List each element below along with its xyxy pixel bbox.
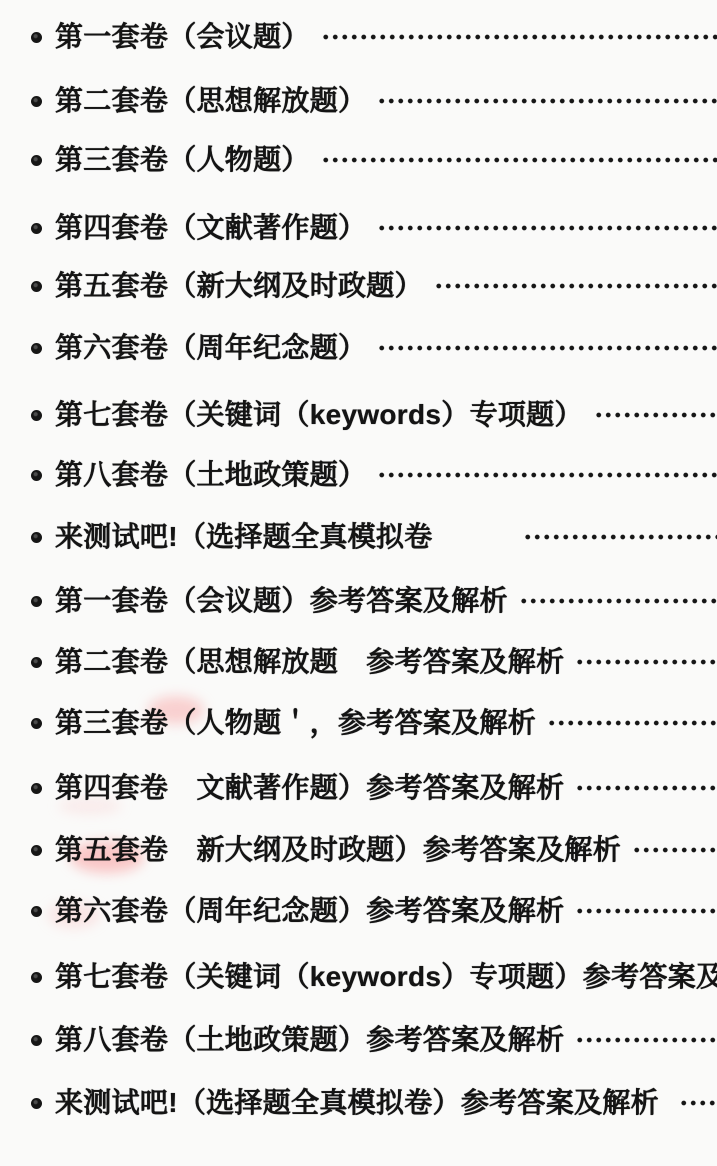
toc-entry-label: 来测试吧!（选择题全真模拟卷）参考答案及解析 [55,1089,659,1117]
dotted-leader [575,656,717,668]
dotted-leader [377,222,717,234]
toc-entry-label: 第六套卷（周年纪念题）参考答案及解析 [55,897,564,925]
toc-entry: 第四套卷（文献著作题） [0,197,717,259]
toc-entry-label: 第四套卷 文献著作题）参考答案及解析 [55,774,564,802]
bullet-dot-icon [31,972,42,983]
toc-entry-label: 第五套卷（新大纲及时政题） [55,272,423,300]
toc-entry-label: 第八套卷（土地政策题） [55,461,366,489]
bullet-dot-icon [31,657,42,668]
toc-entry: 第八套卷（土地政策题）参考答案及解析 [0,1009,717,1071]
bullet-dot-icon [31,470,42,481]
toc-entry: 第一套卷（会议题）参考答案及解析 [0,570,717,632]
bullet-dot-icon [31,845,42,856]
toc-entry: 来测试吧!（选择题全真模拟卷）参考答案及解析 [0,1072,717,1134]
dotted-leader [594,409,717,421]
bullet-dot-icon [31,906,42,917]
dotted-leader [321,154,717,166]
toc-entry-label: 第八套卷（土地政策题）参考答案及解析 [55,1026,564,1054]
dotted-leader [377,342,717,354]
dotted-leader [575,1034,717,1046]
toc-entry: 第五套卷 新大纲及时政题）参考答案及解析 [0,819,717,881]
bullet-dot-icon [31,410,42,421]
bullet-dot-icon [31,718,42,729]
toc-entry-label: 第二套卷（思想解放题） [55,87,366,115]
toc-entry: 第七套卷（关键词（keywords）专项题） [0,384,717,446]
toc-entry: 第六套卷（周年纪念题）参考答案及解析 [0,880,717,942]
dotted-leader [679,1097,717,1109]
toc-entry: 第七套卷（关键词（keywords）专项题）参考答案及解析 [0,946,717,1008]
dotted-leader [547,717,717,729]
toc-page: 第一套卷（会议题） 第二套卷（思想解放题） 第三套卷（人物题） 第四套卷（文献著… [0,0,717,1166]
toc-entry: 第四套卷 文献著作题）参考答案及解析 [0,757,717,819]
dotted-leader [575,905,717,917]
toc-entry-label: 第四套卷（文献著作题） [55,214,366,242]
toc-entry: 第六套卷（周年纪念题） [0,317,717,379]
bullet-dot-icon [31,281,42,292]
dotted-leader [377,469,717,481]
bullet-dot-icon [31,155,42,166]
toc-entry-label: 第一套卷（会议题）参考答案及解析 [55,587,508,615]
dotted-leader [575,782,717,794]
toc-entry: 第三套卷（人物题＇，参考答案及解析 [0,692,717,754]
dotted-leader [519,595,717,607]
toc-entry-label: 第一套卷（会议题） [55,23,310,51]
toc-entry: 第八套卷（土地政策题） [0,444,717,506]
dotted-leader [321,31,717,43]
toc-entry-label: 第三套卷（人物题） [55,146,310,174]
dotted-leader [377,95,717,107]
toc-entry-label: 第五套卷 新大纲及时政题）参考答案及解析 [55,836,621,864]
toc-entry: 第二套卷（思想解放题 参考答案及解析 [0,631,717,693]
dotted-leader [523,531,717,543]
bullet-dot-icon [31,223,42,234]
bullet-dot-icon [31,1098,42,1109]
toc-entry-label: 第六套卷（周年纪念题） [55,334,366,362]
toc-entry-label: 第七套卷（关键词（keywords）专项题）参考答案及解析 [55,963,717,991]
bullet-dot-icon [31,596,42,607]
bullet-dot-icon [31,96,42,107]
dotted-leader [434,280,717,292]
bullet-dot-icon [31,783,42,794]
bullet-dot-icon [31,1035,42,1046]
toc-entry-label: 第三套卷（人物题＇，参考答案及解析 [55,709,536,737]
toc-entry-label: 第七套卷（关键词（keywords）专项题） [55,401,583,429]
toc-entry: 第三套卷（人物题） [0,129,717,191]
bullet-dot-icon [31,343,42,354]
dotted-leader [632,844,717,856]
bullet-dot-icon [31,32,42,43]
toc-entry: 来测试吧!（选择题全真模拟卷 [0,506,717,568]
toc-entry-label: 来测试吧!（选择题全真模拟卷 [55,523,433,551]
bullet-dot-icon [31,532,42,543]
toc-entry: 第一套卷（会议题） [0,6,717,68]
toc-entry: 第二套卷（思想解放题） [0,70,717,132]
toc-entry: 第五套卷（新大纲及时政题） [0,255,717,317]
toc-entry-label: 第二套卷（思想解放题 参考答案及解析 [55,648,564,676]
